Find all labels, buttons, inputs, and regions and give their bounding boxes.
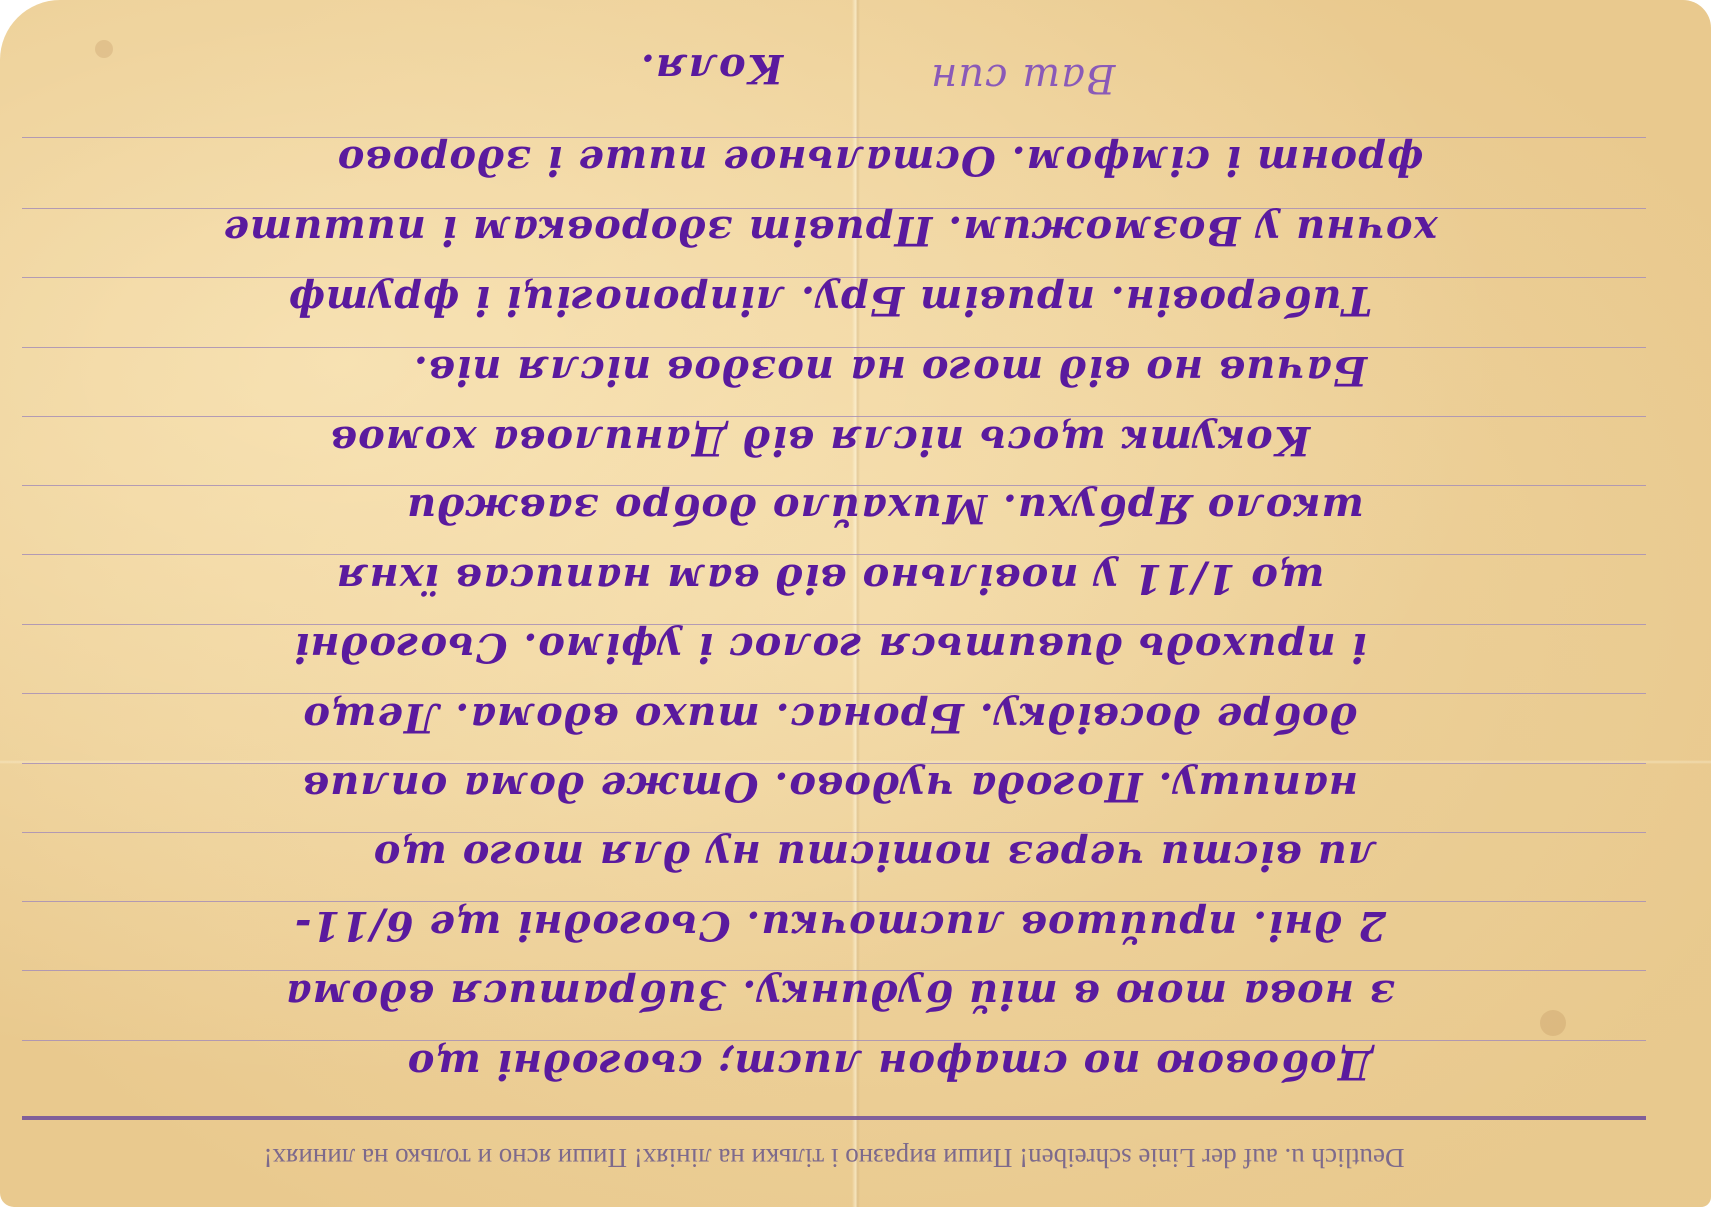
handwritten-line: напишу. Погода чудово. Отже дома оплив xyxy=(20,766,1640,806)
handwritten-line: з нова тою в тій будинку. Зибратися вдом… xyxy=(40,974,1640,1014)
signature-name: Коля. xyxy=(640,48,783,88)
handwritten-line: Тиберовін. привіт Бру. ліпропогіці і фру… xyxy=(20,280,1640,320)
handwritten-line: ли вісти через потісти ну для того що xyxy=(110,835,1640,875)
postcard: Коля. Ваш син фронт і сімфом. Остальное … xyxy=(0,0,1711,1207)
handwritten-line: фронт і сімфом. Остальное пише і здорово xyxy=(110,140,1650,180)
handwritten-line: добре досвідку. Бронас. тихо вдома. Лещо xyxy=(20,697,1640,737)
handwritten-line: що 1/11 у повільно від вам написав їхня xyxy=(20,558,1640,598)
handwritten-line: і приходь дивиться голос і уфімо. Сьогод… xyxy=(20,627,1640,667)
stain-mark xyxy=(95,40,113,58)
handwritten-line: Бачив но від того на поздов після пів. xyxy=(140,350,1640,390)
handwritten-line: Кокутк щось після від Данилова хомов xyxy=(0,420,1640,460)
handwritten-line: 2 дні. прийшов листочки. Сьогодні ще 6/1… xyxy=(40,905,1640,945)
printed-instruction-footer: Deutlich u. auf der Linie schreiben! Пиш… xyxy=(22,1136,1646,1180)
handwritten-line: хочни у Возможим. Привіт здоровкам і пиш… xyxy=(20,210,1640,250)
handwritten-line: Добовою по стафон лист; сьогодні що xyxy=(130,1044,1650,1084)
ruled-line-thick xyxy=(22,1116,1646,1120)
signature-prefix: Ваш син xyxy=(930,58,1115,98)
handwritten-line: школо Ярбухи. Михайло добро завжди xyxy=(130,488,1640,528)
